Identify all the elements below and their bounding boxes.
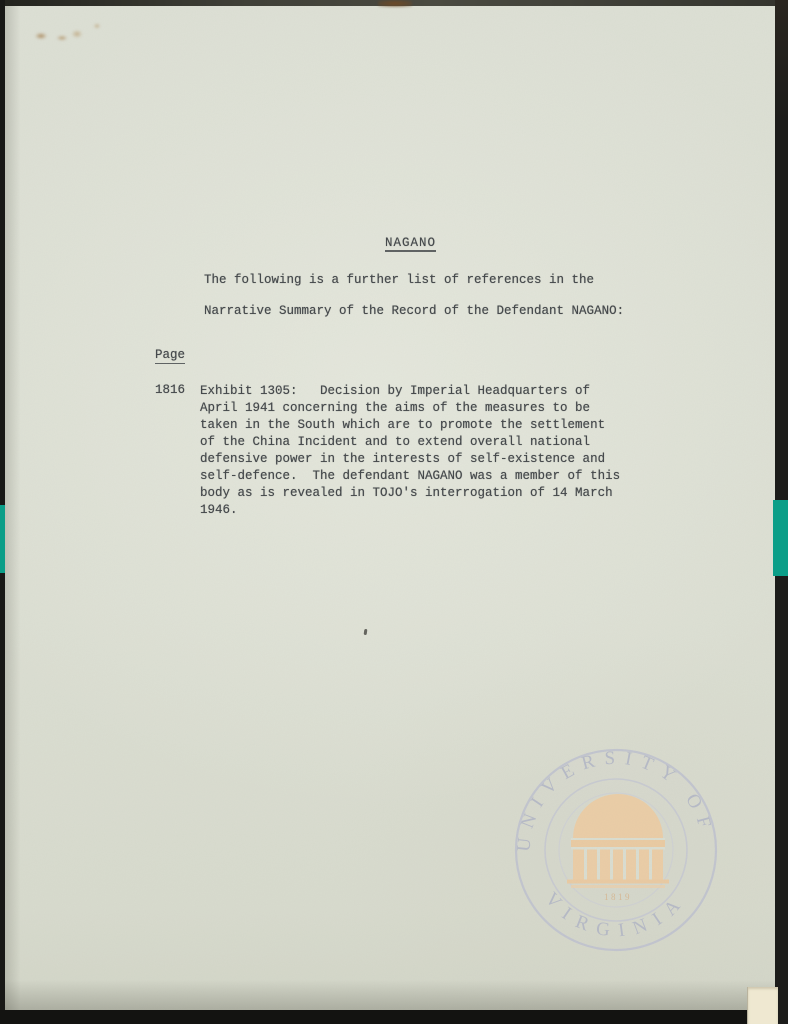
- teal-bookmark-left: [0, 505, 5, 573]
- entry-page-number: 1816: [155, 383, 185, 397]
- ink-speck: [364, 629, 368, 635]
- bottom-edge-shadow: [0, 1010, 747, 1024]
- teal-bookmark-right: [773, 500, 788, 576]
- uva-seal-watermark: UNIVERSITY OF VIRGINIA: [512, 746, 720, 954]
- top-edge-smudge: [378, 0, 412, 7]
- intro-paragraph: The following is a further list of refer…: [204, 265, 644, 327]
- seal-year: 1819: [604, 892, 632, 902]
- entry-text: Exhibit 1305: Decision by Imperial Headq…: [200, 383, 644, 519]
- stain-top-left: [25, 18, 120, 50]
- document-title: NAGANO: [385, 236, 436, 252]
- scanned-document-view: NAGANO The following is a further list o…: [0, 0, 788, 1024]
- page-corner-notch: [747, 987, 778, 1024]
- document-page: NAGANO The following is a further list o…: [5, 6, 775, 1010]
- page-column-label: Page: [155, 348, 185, 364]
